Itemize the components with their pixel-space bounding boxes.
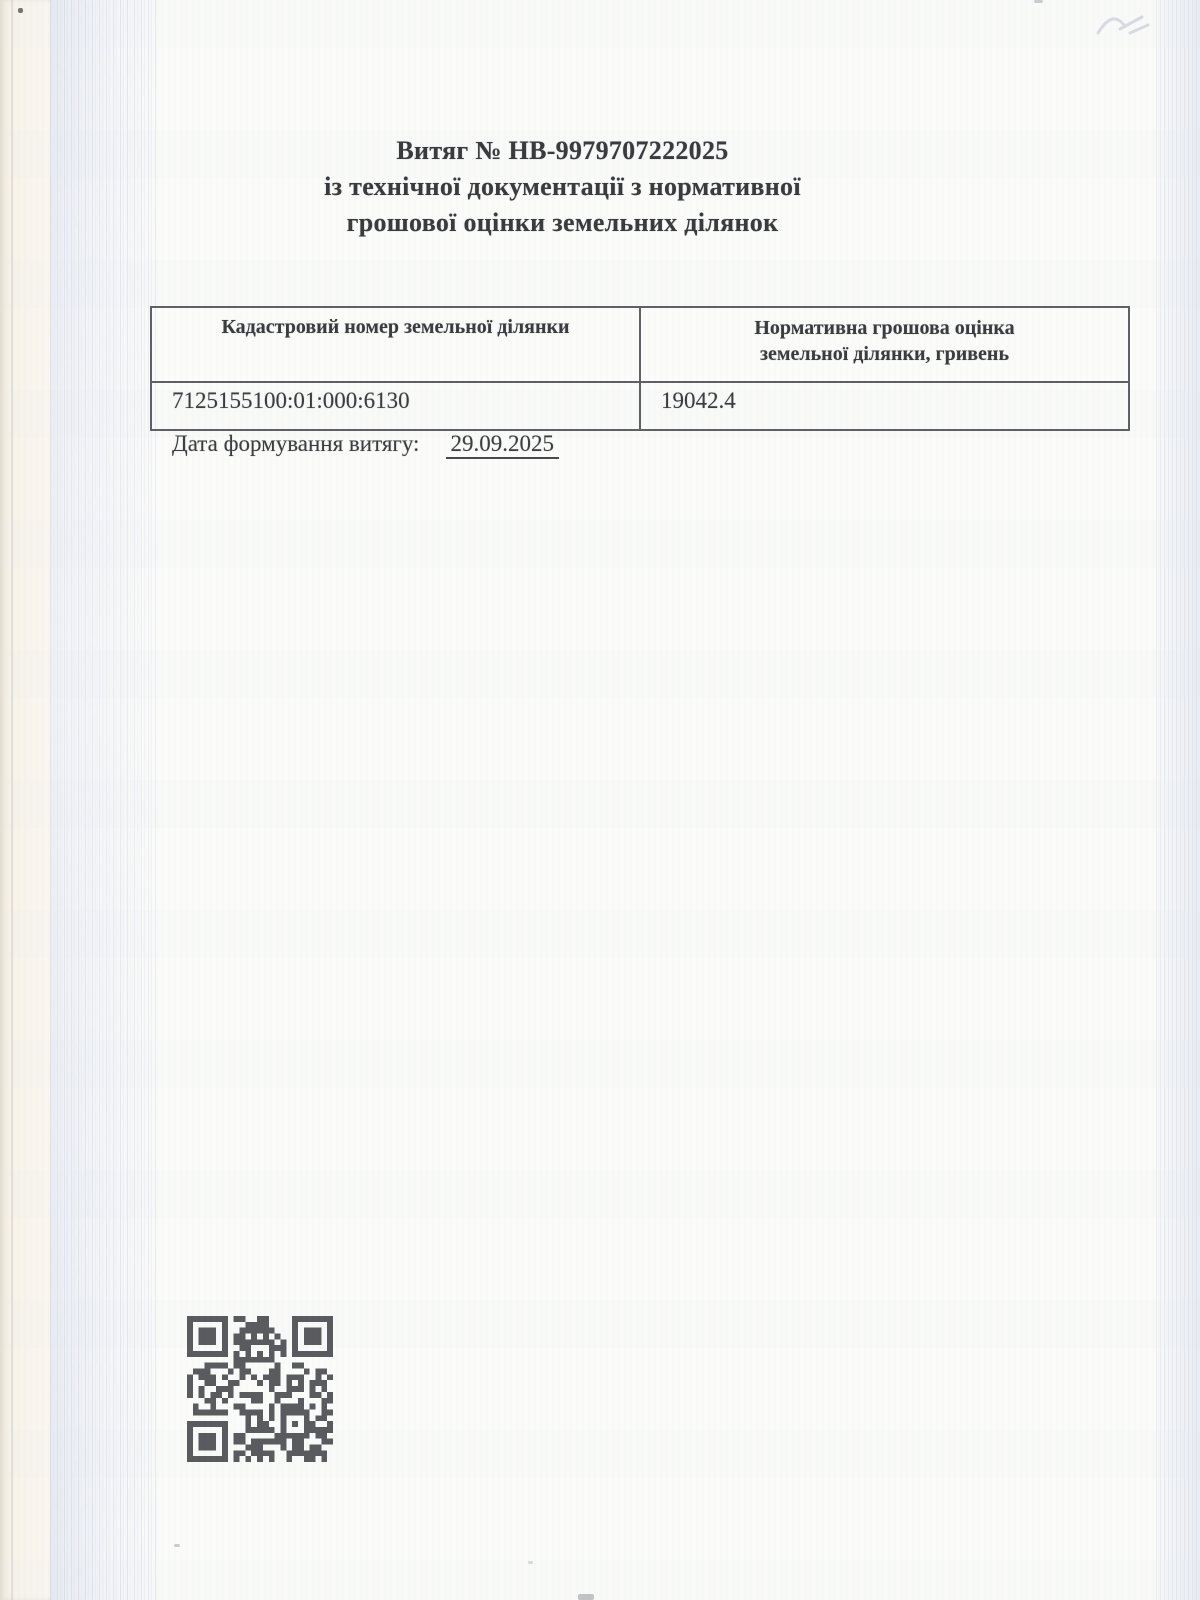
header-valuation: Нормативна грошова оцінка земельної діля…: [640, 307, 1129, 382]
valuation-value: 19042.4: [640, 382, 1129, 430]
valuation-table: Кадастровий номер земельної ділянки Норм…: [150, 306, 1130, 431]
scan-speck: [174, 1544, 180, 1547]
title-line-1: Витяг № НВ-9979707222025: [140, 133, 985, 169]
scan-fold-line: [11, 0, 13, 1600]
pencil-mark-icon: [1090, 6, 1160, 46]
scan-speck: [1034, 0, 1043, 3]
extract-date-label: Дата формування витягу:: [172, 431, 419, 456]
title-line-2: із технічної документації з нормативної: [140, 169, 985, 205]
scan-streak-band-right: [1156, 0, 1200, 1600]
title-line-3: грошової оцінки земельних ділянок: [140, 205, 985, 241]
table-header-row: Кадастровий номер земельної ділянки Норм…: [151, 307, 1129, 382]
scan-speck: [528, 1561, 533, 1564]
document-title: Витяг № НВ-9979707222025 із технічної до…: [140, 133, 985, 241]
header-cadastral-number: Кадастровий номер земельної ділянки: [151, 307, 640, 382]
extract-date-value: 29.09.2025: [446, 431, 559, 459]
extract-date-row: Дата формування витягу:29.09.2025: [172, 431, 559, 457]
cadastral-number-value: 7125155100:01:000:6130: [151, 382, 640, 430]
scan-speck: [18, 8, 23, 13]
scan-speck: [578, 1594, 594, 1600]
qr-code: [187, 1316, 333, 1462]
scan-edge-left: [0, 0, 52, 1600]
table-row: 7125155100:01:000:6130 19042.4: [151, 382, 1129, 430]
